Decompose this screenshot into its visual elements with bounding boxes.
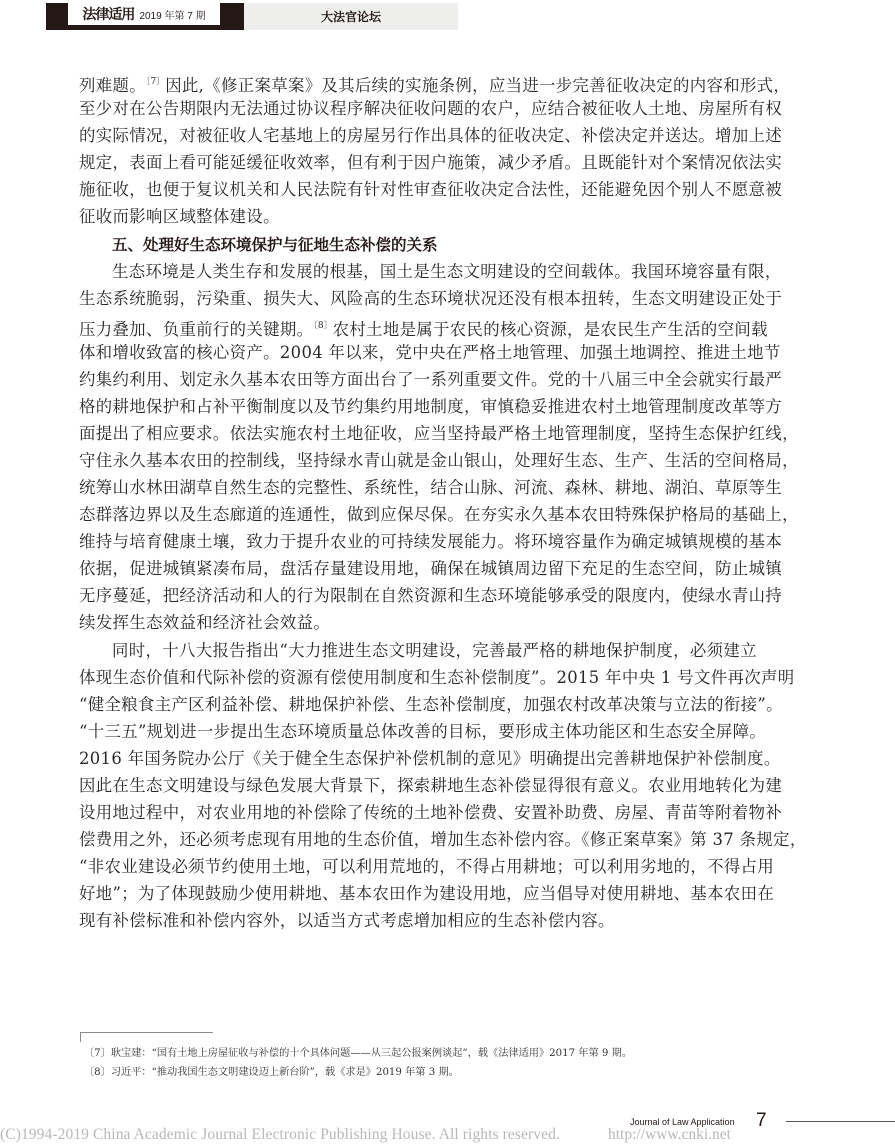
text-line: 设用地过程中，对农业用地的补偿除了传统的土地补偿费、安置补助费、房屋、青苗等附着…	[79, 803, 789, 823]
footnote-ref-7[interactable]: 〔7〕	[146, 77, 165, 87]
text-line: 格的耕地保护和占补平衡制度以及节约集约用地制度，审慎稳妥推进农村土地管理制度改革…	[79, 397, 789, 417]
column-header: 大法官论坛	[244, 3, 458, 30]
text-line: 因此在生态文明建设与绿色发展大背景下，探索耕地生态补偿显得很有意义。农业用地转化…	[79, 776, 789, 796]
page-number: 7	[756, 1110, 767, 1132]
text-line: 统筹山水林田湖草自然生态的完整性、系统性，结合山脉、河流、森林、耕地、湖泊、草原…	[79, 478, 789, 498]
journal-header-label: 法律适用 2019 年第 7 期	[68, 3, 220, 25]
text-line: 至少对在公告期限内无法通过协议程序解决征收问题的农户，应结合被征收人土地、房屋所…	[79, 99, 789, 119]
text-line: 征收而影响区域整体建设。	[79, 207, 789, 227]
footnote-ref-8[interactable]: 〔8〕	[313, 321, 332, 331]
text-line: 体和增收致富的核心资产。2004 年以来，党中央在严格土地管理、加强土地调控、推…	[79, 343, 789, 363]
footer-rule	[786, 1121, 895, 1122]
text-line: “非农业建设必须节约使用土地，可以利用荒地的，不得占用耕地；可以利用劣地的，不得…	[79, 857, 789, 877]
text-line: 偿费用之外，还必须考虑现有用地的生态价值，增加生态补偿内容。《修正案草案》第 3…	[79, 830, 789, 850]
text-line: 生态环境是人类生存和发展的根基，国土是生态文明建设的空间载体。我国环境容量有限，	[112, 262, 822, 282]
text-line: 的实际情况，对被征收人宅基地上的房屋另行作出具体的征收决定、补偿决定并送达。增加…	[79, 126, 789, 146]
text-line: 同时，十八大报告指出“大力推进生态文明建设，完善最严格的耕地保护制度，必须建立	[112, 641, 822, 661]
text-line: 维持与培育健康土壤，致力于提升农业的可持续发展能力。将环境容量作为确定城镇规模的…	[79, 532, 789, 552]
footnote-divider-tick	[80, 1032, 81, 1042]
journal-header-bar: 法律适用 2019 年第 7 期	[46, 3, 244, 30]
text-line: 约集约利用、划定永久基本农田等方面出台了一系列重要文件。党的十八届三中全会就实行…	[79, 370, 789, 390]
text-line: 好地”；为了体现鼓励少使用耕地、基本农田作为建设用地，应当倡导对使用耕地、基本农…	[79, 884, 789, 904]
cnki-url[interactable]: http://www.cnki.net	[608, 1126, 731, 1144]
text-line: 生态系统脆弱，污染重、损失大、风险高的生态环境状况还没有根本扭转，生态文明建设正…	[79, 289, 789, 309]
footnote-8: 〔8〕习近平：“推动我国生态文明建设迈上新台阶”，载《求是》2019 年第 3 …	[84, 1066, 459, 1080]
copyright-watermark: (C)1994-2019 China Academic Journal Elec…	[0, 1126, 560, 1144]
text-line: “健全粮食主产区利益补偿、耕地保护补偿、生态补偿制度，加强农村改革决策与立法的衔…	[79, 695, 789, 715]
footnote-divider	[80, 1032, 213, 1033]
column-title: 大法官论坛	[321, 8, 381, 25]
footnote-7: 〔7〕耿宝建：“国有土地上房屋征收与补偿的十个具体问题——从三起公报案例谈起”，…	[84, 1047, 632, 1061]
text-line: 施征收，也便于复议机关和人民法院有针对性审查征收决定合法性，还能避免因个别人不愿…	[79, 180, 789, 200]
journal-name: 法律适用	[82, 4, 134, 24]
text-line: 压力叠加、负重前行的关键期。〔8〕农村土地是属于农民的核心资源，是农民生产生活的…	[79, 316, 789, 340]
text-line: 守住永久基本农田的控制线，坚持绿水青山就是金山银山，处理好生态、生产、生活的空间…	[79, 451, 789, 471]
journal-issue: 2019 年第 7 期	[139, 7, 205, 22]
text-line: 现有补偿标准和补偿内容外，以适当方式考虑增加相应的生态补偿内容。	[79, 911, 789, 931]
text-line: 态群落边界以及生态廊道的连通性，做到应保尽保。在夯实永久基本农田特殊保护格局的基…	[79, 505, 789, 525]
text-line: 列难题。〔7〕因此,《修正案草案》及其后续的实施条例，应当进一步完善征收决定的内…	[79, 72, 789, 96]
text-line: 依据，促进城镇紧凑布局，盘活存量建设用地，确保在城镇周边留下充足的生态空间，防止…	[79, 559, 789, 579]
text-line: 续发挥生态效益和经济社会效益。	[79, 613, 789, 633]
section-heading: 五、处理好生态环境保护与征地生态补偿的关系	[112, 235, 438, 255]
text-line: 2016 年国务院办公厅《关于健全生态保护补偿机制的意见》明确提出完善耕地保护补…	[79, 749, 789, 769]
text-line: 规定，表面上看可能延缓征收效率，但有利于因户施策，减少矛盾。且既能针对个案情况依…	[79, 153, 789, 173]
text-line: 面提出了相应要求。依法实施农村土地征收，应当坚持最严格土地管理制度，坚持生态保护…	[79, 424, 789, 444]
text-line: 无序蔓延，把经济活动和人的行为限制在自然资源和生态环境能够承受的限度内，使绿水青…	[79, 586, 789, 606]
text-line: “十三五”规划进一步提出生态环境质量总体改善的目标，要形成主体功能区和生态安全屏…	[79, 722, 789, 742]
text-line: 体现生态价值和代际补偿的资源有偿使用制度和生态补偿制度”。2015 年中央 1 …	[79, 668, 789, 688]
